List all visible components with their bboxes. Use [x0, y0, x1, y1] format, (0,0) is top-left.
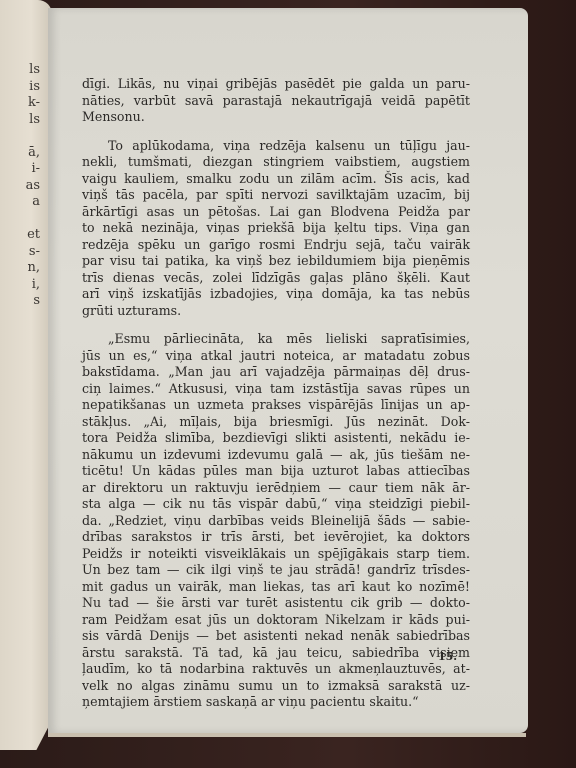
left-fragment-line: k-	[0, 95, 40, 112]
text-line: Peidžs ir noteikti visveiklākais un spēj…	[82, 546, 470, 563]
left-fragment-line	[0, 211, 40, 228]
text-line: stākļus. „Ai, mīļais, bija briesmīgi. Jū…	[82, 414, 470, 431]
paragraph: „Esmu pārliecināta, ka mēs lieliski sapr…	[82, 331, 470, 711]
left-page-text-fragments: lsisk-lsā,i-asaets-n,i,s	[0, 62, 40, 310]
left-fragment-line: ls	[0, 112, 40, 129]
text-line: nepatikšanas un uzmeta prakses vispārējā…	[82, 397, 470, 414]
text-line: sta alga — cik nu tās vispār dabū,“ viņa…	[82, 496, 470, 513]
text-line: trīs dienas vecās, zolei līdzīgās gaļas …	[82, 270, 470, 287]
text-line: ārkārtīgi asas un pētošas. Lai gan Blodv…	[82, 204, 470, 221]
text-line: ļaudīm, ko tā nodarbina raktuvēs un akme…	[82, 661, 470, 678]
text-line: To aplūkodama, viņa redzēja kalsenu un t…	[82, 138, 470, 155]
text-line: dīgi. Likās, nu viņai gribējās pasēdēt p…	[82, 76, 470, 93]
text-line: Mensonu.	[82, 109, 470, 126]
text-line: drības sarakstos ir trīs ārsti, bet ievē…	[82, 529, 470, 546]
text-line: to nekā nezināja, viņas priekšā bija ķel…	[82, 220, 470, 237]
text-line: bakstīdama. „Man jau arī vajadzēja pārma…	[82, 364, 470, 381]
text-line: vaigu kauliem, smalku zodu un zilām acīm…	[82, 171, 470, 188]
left-fragment-line: ls	[0, 62, 40, 79]
text-line: mit gadus un vairāk, man liekas, tas arī…	[82, 579, 470, 596]
left-fragment-line: a	[0, 194, 40, 211]
page-body-text: dīgi. Likās, nu viņai gribējās pasēdēt p…	[82, 76, 470, 723]
left-fragment-line: i-	[0, 161, 40, 178]
text-line: Un bez tam — cik ilgi viņš te jau strādā…	[82, 562, 470, 579]
text-line: nākumu un izdevumi izdevumu galā — ak, j…	[82, 447, 470, 464]
text-line: Nu tad — šie ārsti var turēt asistentu c…	[82, 595, 470, 612]
text-line: redzēja spēku un garīgo rosmi Endrju sej…	[82, 237, 470, 254]
text-line: ram Peidžam esat jūs un doktoram Nikelza…	[82, 612, 470, 629]
left-page-edge: lsisk-lsā,i-asaets-n,i,s	[0, 0, 52, 750]
left-fragment-line: et	[0, 227, 40, 244]
left-fragment-line: as	[0, 178, 40, 195]
text-line: sis vārdā Denijs — bet asistenti nekad n…	[82, 628, 470, 645]
page-number: 15.	[438, 650, 457, 663]
text-line: ņemtajiem ārstiem saskaņā ar viņu pacien…	[82, 694, 470, 711]
text-line: ar direktoru un raktuvju ierēdņiem — cau…	[82, 480, 470, 497]
left-fragment-line: s-	[0, 244, 40, 261]
left-fragment-line: is	[0, 79, 40, 96]
text-line: viņš tās pacēla, par spīti nervozi savil…	[82, 187, 470, 204]
left-fragment-line: ā,	[0, 145, 40, 162]
paragraph: dīgi. Likās, nu viņai gribējās pasēdēt p…	[82, 76, 470, 126]
text-line: ārstu sarakstā. Tā tad, kā jau teicu, sa…	[82, 645, 470, 662]
text-line: par visu tai patika, ka viņš bez iebildu…	[82, 253, 470, 270]
text-line: arī viņš izskatījās izbadojies, viņa dom…	[82, 286, 470, 303]
text-line: nāties, varbūt savā parastajā nekautrīga…	[82, 93, 470, 110]
left-fragment-line: n,	[0, 260, 40, 277]
left-fragment-line	[0, 128, 40, 145]
paragraph: To aplūkodama, viņa redzēja kalsenu un t…	[82, 138, 470, 320]
text-line: grūti uzturams.	[82, 303, 470, 320]
left-fragment-line: s	[0, 293, 40, 310]
text-line: ciņ laimes.“ Atkususi, viņa tam izstāstī…	[82, 381, 470, 398]
text-line: „Esmu pārliecināta, ka mēs lieliski sapr…	[82, 331, 470, 348]
text-line: tora Peidža slimība, bezdievīgi slikti a…	[82, 430, 470, 447]
text-line: velk no algas zināmu sumu un to izmaksā …	[82, 678, 470, 695]
text-line: da. „Redziet, viņu darbības veids Bleine…	[82, 513, 470, 530]
text-line: ticētu! Un kādas pūles man bija uzturot …	[82, 463, 470, 480]
text-line: jūs un es,“ viņa atkal jautri noteica, a…	[82, 348, 470, 365]
page-stack-edge	[48, 733, 526, 737]
text-line: nekli, tumšmati, diezgan stingriem vaibs…	[82, 154, 470, 171]
left-fragment-line: i,	[0, 277, 40, 294]
